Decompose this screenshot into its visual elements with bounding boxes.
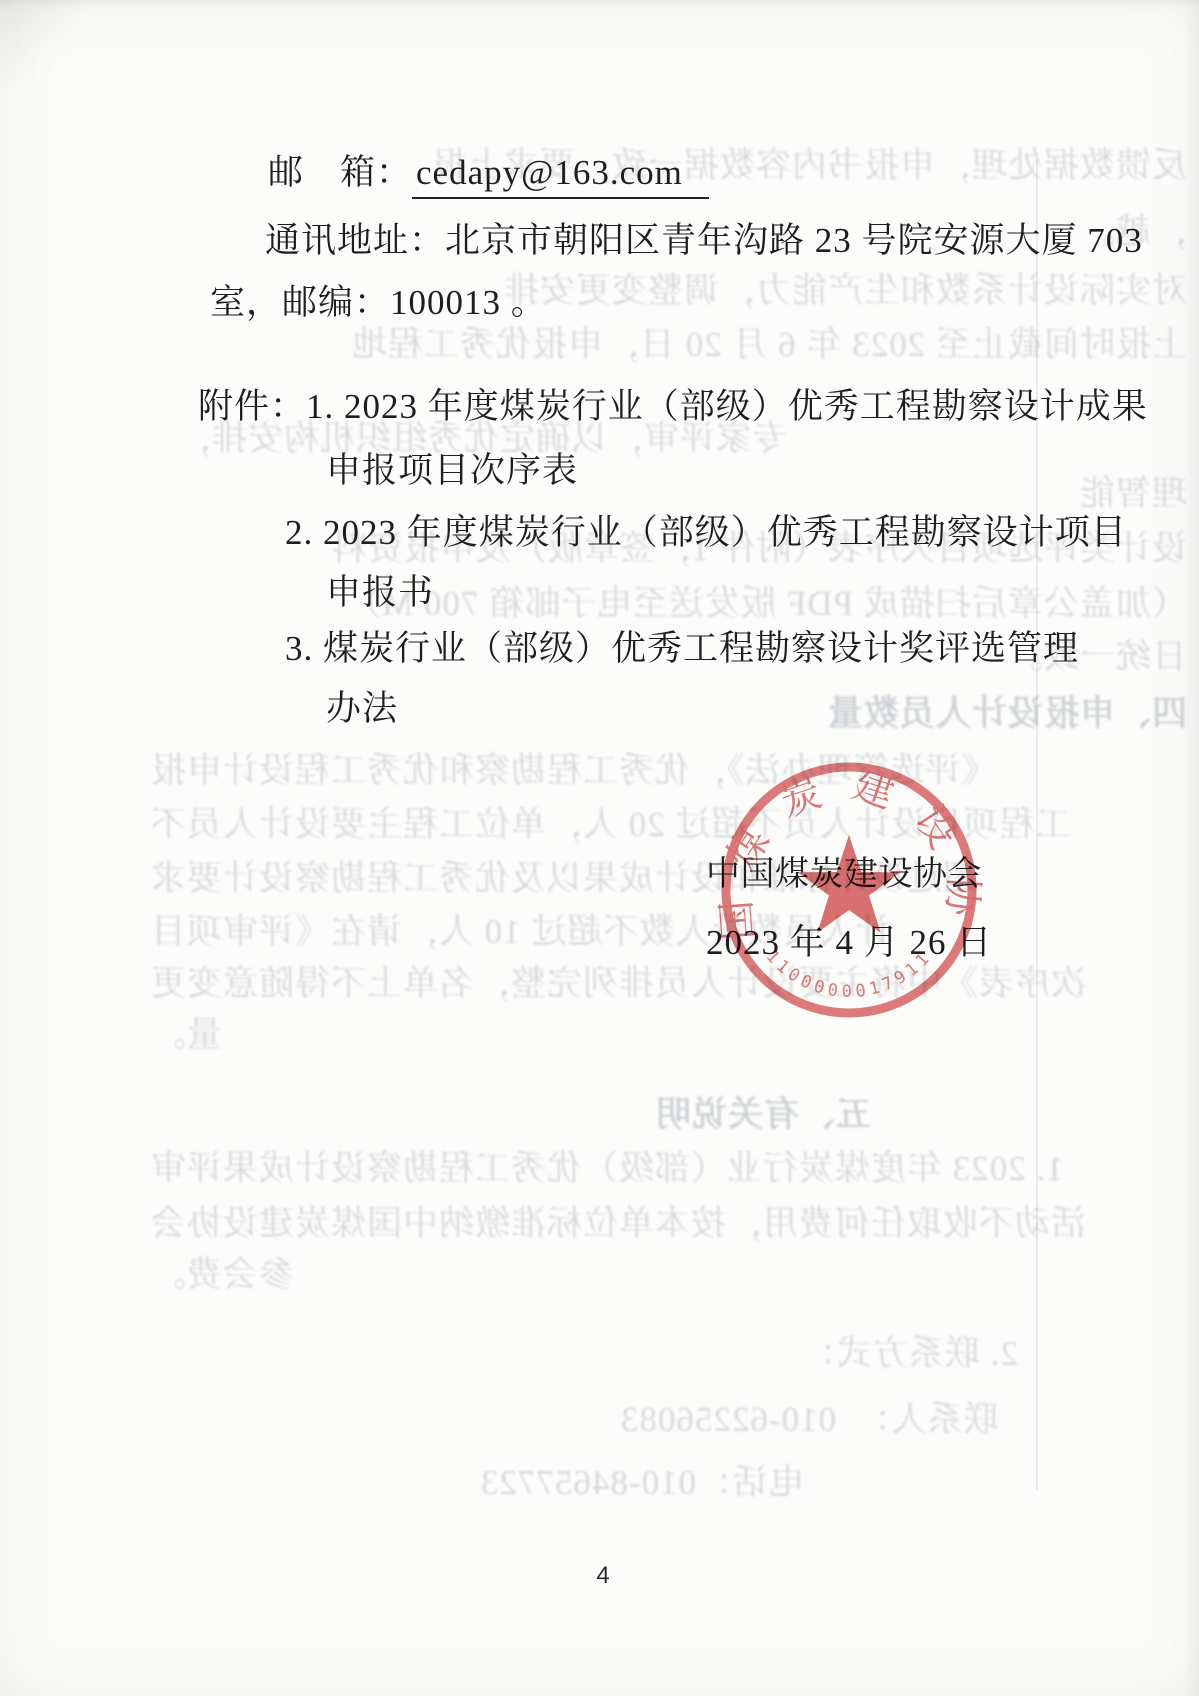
bleed-through-heading: 四、申报设计人员数量 [827,694,1187,734]
bleed-through-line: 理智能 [1079,474,1187,514]
email-label: 邮 箱： [268,153,412,192]
email-address: cedapy@163.com [412,153,709,199]
bleed-through-line: 电话：010-84657723 [480,1463,804,1503]
scanned-document-page: 反馈数据处理，申报书内容数据一致，要求上报 ，越。 对实际设计系数和生产能力，调… [0,0,1199,1696]
address-line-1: 通讯地址：北京市朝阳区青年沟路 23 号院安源大厦 703 [265,218,1143,264]
attachments-label: 附件： [198,387,306,426]
email-line: 邮 箱：cedapy@163.com [268,150,709,196]
bleed-through-line: 参会费。 [150,1255,294,1295]
attachment-item-3-cont: 办法 [326,686,398,732]
attachment-item-3: 3. 煤炭行业（部级）优秀工程勘察设计奖评选管理 [285,626,1079,672]
address-line-2: 室，邮编：100013 。 [210,280,547,326]
bleed-through-line: （加盖公章后扫描成 PDF 版发送至电子邮箱 700 M） [345,584,1187,624]
bleed-through-line: 次序表》中将主要设计人员排列完整，名单上不得随意变更 [150,964,1086,1004]
bleed-through-line: 工程项目设计人员不超过 20 人，单位工程主要设计人员不 [150,805,1071,845]
signature-date: 2023 年 4 月 26 日 [706,920,992,966]
bleed-through-line: 2. 联系方式： [800,1334,1018,1374]
attachments-line: 附件：1. 2023 年度煤炭行业（部级）优秀工程勘察设计成果 [198,384,1148,430]
bleed-through-line: 对实际设计系数和生产能力，调整变更安排 [503,271,1187,311]
page-number: 4 [588,1562,618,1590]
bleed-through-heading: 五、有关说明 [655,1095,871,1135]
bleed-through-line: 联系人： 010-62256083 [620,1400,999,1440]
bleed-through-line: 量。 [150,1015,222,1055]
seal-arc-text: 中国煤炭建设协会 [708,750,986,942]
attachment-item-1: 1. 2023 年度煤炭行业（部级）优秀工程勘察设计成果 [306,387,1148,426]
scanner-streak [1036,160,1038,1490]
attachment-item-2-cont: 申报书 [326,570,434,616]
bleed-through-line: 上报时间截止至 2023 年 6 月 20 日，申报优秀工程地 [351,325,1187,365]
signature-organization: 中国煤炭建设协会 [706,852,982,898]
bleed-through-line: 活动不收取任何费用，按本单位标准缴纳中国煤炭建设协会 [150,1204,1086,1244]
seal-arc-text-container: 中国煤炭建设协会 [708,750,986,942]
attachment-item-2: 2. 2023 年度煤炭行业（部级）优秀工程勘察设计项目 [285,510,1127,556]
bleed-through-line: 1. 2023 年度煤炭行业（部级）优秀工程勘察设计成果评审 [150,1149,1064,1189]
attachment-item-1-cont: 申报项目次序表 [326,448,578,494]
bleed-through-line: 《评选管理办法》，优秀工程勘察和优秀工程设计申报 [150,751,997,791]
